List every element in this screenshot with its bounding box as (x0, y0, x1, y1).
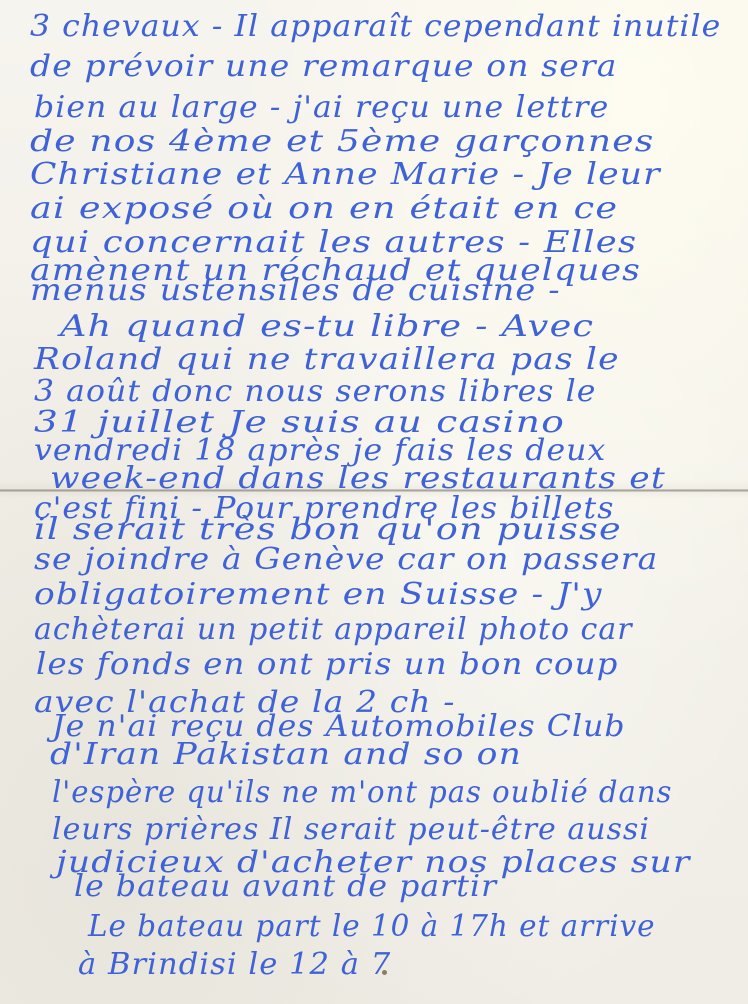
letter-line: de nos 4ème et 5ème garçonnes (30, 127, 654, 157)
letter-line: leurs prières Il serait peut-être aussi (52, 815, 650, 845)
letter-line: 3 août donc nous serons libres le (34, 377, 596, 407)
letter-line: à Brindisi le 12 à 7 (78, 950, 391, 980)
letter-line: bien au large - j'ai reçu une lettre (34, 93, 609, 123)
letter-line: Christiane et Anne Marie - Je leur (30, 160, 661, 190)
letter-line: l'espère qu'ils ne m'ont pas oublié dans (52, 778, 672, 808)
letter-line: menus ustensiles de cuisine - (30, 276, 561, 306)
letter-line: Ah quand es-tu libre - Avec (60, 312, 594, 342)
letter-line: d'Iran Pakistan and so on (50, 740, 522, 770)
letter-line: ai exposé où on en était en ce (30, 194, 618, 224)
letter-line: Roland qui ne travaillera pas le (34, 345, 620, 375)
scanned-letter-page: 3 chevaux - Il apparaît cependant inutil… (0, 0, 748, 1004)
letter-line: se joindre à Genève car on passera (34, 545, 658, 575)
letter-line: week-end dans les restaurants et (50, 464, 666, 494)
letter-line: obligatoirement en Suisse - J'y (34, 580, 603, 610)
letter-line: il serait très bon qu'on puisse (34, 515, 622, 545)
letter-line: les fonds en ont pris un bon coup (36, 650, 618, 680)
letter-line: de prévoir une remarque on sera (30, 52, 618, 82)
letter-line: le bateau avant de partir (74, 872, 497, 902)
letter-line: achèterai un petit appareil photo car (34, 615, 633, 645)
letter-line: Le bateau part le 10 à 17h et arrive (88, 912, 656, 942)
letter-line: 3 chevaux - Il apparaît cependant inutil… (30, 12, 721, 42)
